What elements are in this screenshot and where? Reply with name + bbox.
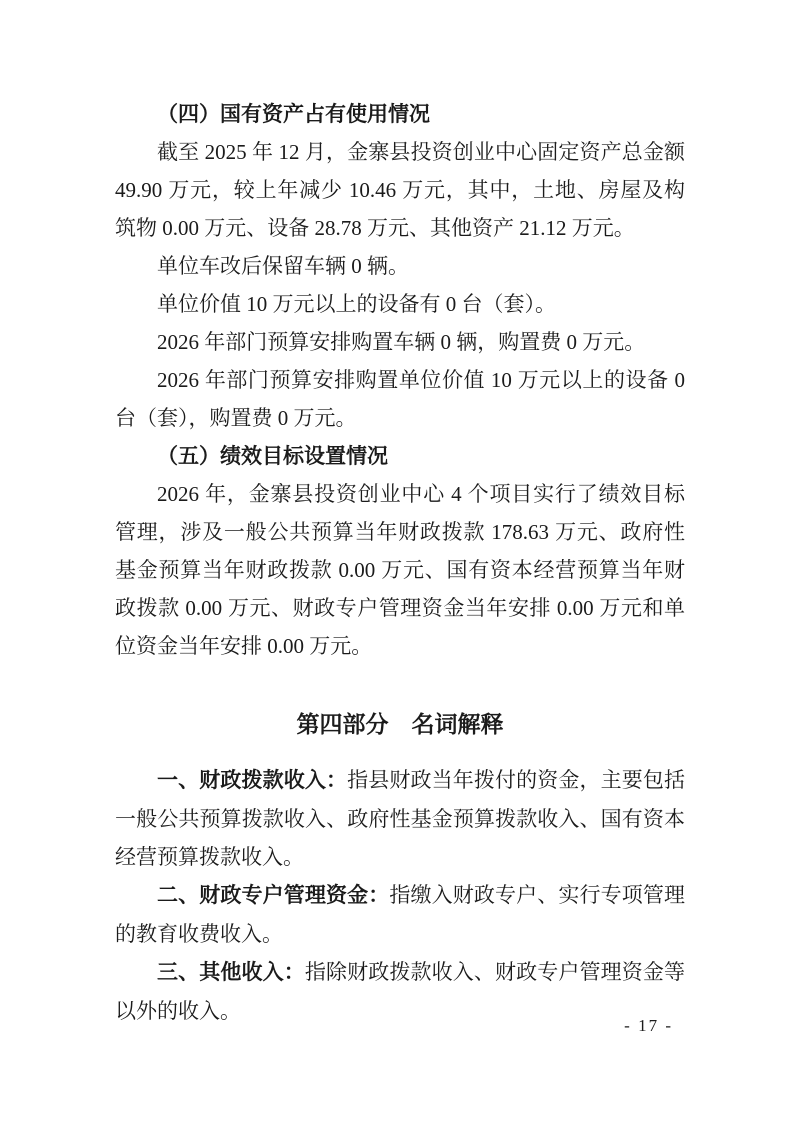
term-label-fiscal-appropriation-income: 一、财政拨款收入： [157,769,347,792]
para-budget-equipment-purchase: 2026 年部门预算安排购置单位价值 10 万元以上的设备 0 台（套），购置费… [115,361,685,437]
document-body: （四）国有资产占有使用情况 截至 2025 年 12 月，金寨县投资创业中心固定… [115,95,685,1030]
para-term-fiscal-appropriation-income: 一、财政拨款收入：指县财政当年拨付的资金，主要包括一般公共预算拨款收入、政府性基… [115,761,685,876]
term-label-other-income: 三、其他收入： [157,961,305,984]
term-label-special-account-funds: 二、财政专户管理资金： [157,884,389,907]
page-number: - 17 - [624,1016,673,1036]
para-fixed-assets-summary: 截至 2025 年 12 月，金寨县投资创业中心固定资产总金额 49.90 万元… [115,133,685,247]
document-page: （四）国有资产占有使用情况 截至 2025 年 12 月，金寨县投资创业中心固定… [0,0,793,1122]
para-high-value-equipment: 单位价值 10 万元以上的设备有 0 台（套）。 [115,285,685,323]
para-term-other-income: 三、其他收入：指除财政拨款收入、财政专户管理资金等以外的收入。 [115,953,685,1030]
heading-performance-targets: （五）绩效目标设置情况 [115,437,685,475]
part4-title: 第四部分 名词解释 [115,701,685,747]
para-budget-vehicle-purchase: 2026 年部门预算安排购置车辆 0 辆，购置费 0 万元。 [115,323,685,361]
heading-state-assets-usage: （四）国有资产占有使用情况 [115,95,685,133]
para-performance-targets: 2026 年，金寨县投资创业中心 4 个项目实行了绩效目标管理，涉及一般公共预算… [115,475,685,665]
para-retained-vehicles: 单位车改后保留车辆 0 辆。 [115,247,685,285]
para-term-special-account-funds: 二、财政专户管理资金：指缴入财政专户、实行专项管理的教育收费收入。 [115,876,685,953]
